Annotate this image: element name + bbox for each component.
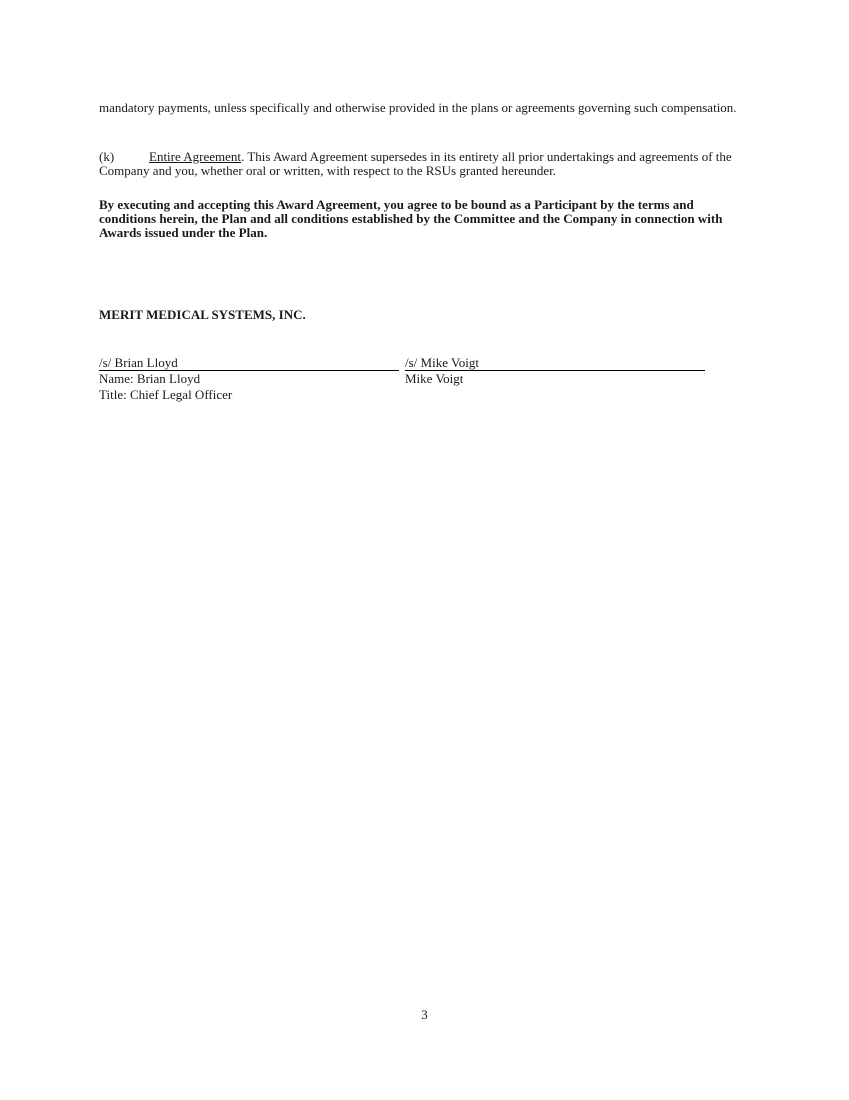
company-name: MERIT MEDICAL SYSTEMS, INC.: [99, 308, 749, 322]
right-signature-line: /s/ Mike Voigt: [405, 356, 705, 371]
right-name-line: Mike Voigt: [405, 372, 463, 386]
section-k-number: (k): [99, 150, 149, 164]
continuation-paragraph: mandatory payments, unless specifically …: [99, 101, 749, 115]
page-number: 3: [0, 1008, 849, 1022]
document-page: mandatory payments, unless specifically …: [0, 0, 849, 1100]
section-k-paragraph: (k)Entire Agreement. This Award Agreemen…: [99, 150, 749, 178]
left-title-line: Title: Chief Legal Officer: [99, 388, 232, 402]
acceptance-statement: By executing and accepting this Award Ag…: [99, 198, 749, 240]
right-signature: /s/ Mike Voigt: [405, 355, 479, 370]
left-signature-line: /s/ Brian Lloyd: [99, 356, 399, 371]
section-k-heading: Entire Agreement: [149, 149, 241, 164]
left-name-line: Name: Brian Lloyd: [99, 372, 200, 386]
left-signature: /s/ Brian Lloyd: [99, 355, 178, 370]
